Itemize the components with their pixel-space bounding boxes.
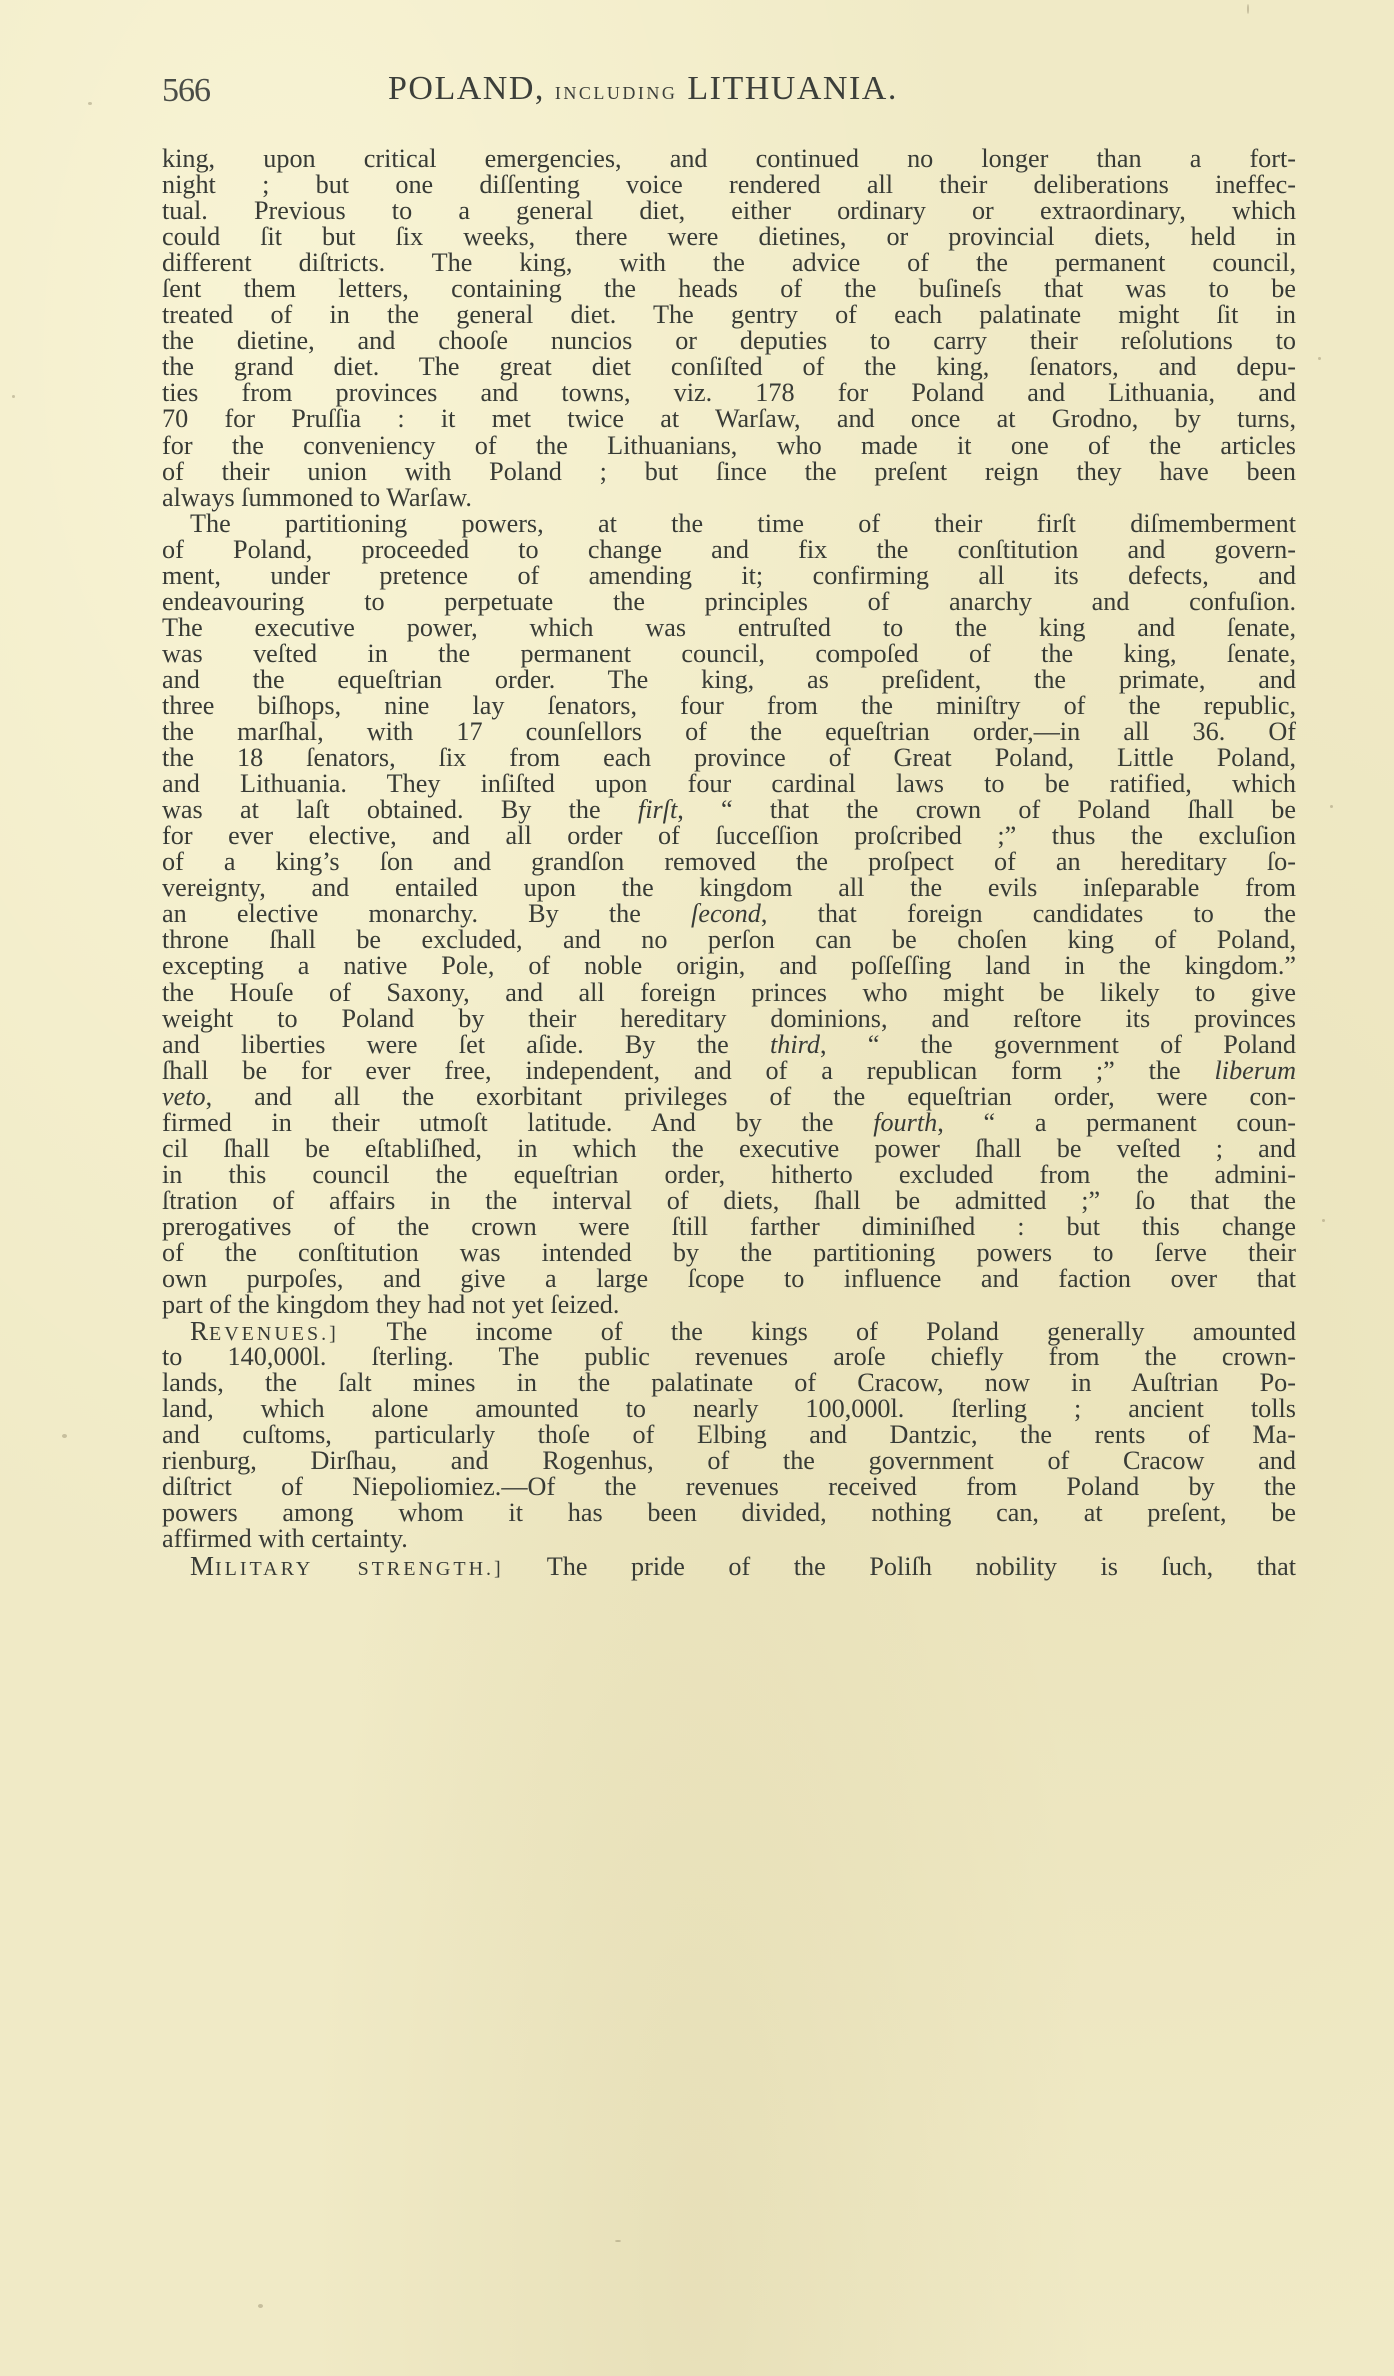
- text-line: of the conſtitution was intended by the …: [162, 1240, 1296, 1266]
- italic-first: firſt: [638, 795, 677, 824]
- text-line: Revenues.] The income of the kings of Po…: [162, 1318, 1296, 1344]
- title-lithuania: LITHUANIA.: [687, 70, 897, 107]
- body-text: king, upon critical emergencies, and con…: [162, 146, 1296, 1579]
- text-line: was veſted in the permanent council, com…: [162, 641, 1296, 667]
- text-line: for ever elective, and all order of ſucc…: [162, 823, 1296, 849]
- text-line: night ; but one diſſenting voice rendere…: [162, 172, 1296, 198]
- text-run: , “ a permanent coun-: [937, 1108, 1296, 1137]
- title-poland: POLAND,: [388, 70, 545, 107]
- text-line: for the conveniency of the Lithuanians, …: [162, 433, 1296, 459]
- text-line: rienburg, Dirſhau, and Rogenhus, of the …: [162, 1448, 1296, 1474]
- section-military-strength: Military strength.] The pride of the Pol…: [162, 1553, 1296, 1579]
- text-line: tual. Previous to a general diet, either…: [162, 198, 1296, 224]
- text-line: vereignty, and entailed upon the kingdom…: [162, 875, 1296, 901]
- paragraph-diets: king, upon critical emergencies, and con…: [162, 146, 1296, 511]
- text-line: and liberties were ſet aſide. By the thi…: [162, 1032, 1296, 1058]
- text-line: the Houſe of Saxony, and all foreign pri…: [162, 980, 1296, 1006]
- text-line: of a king’s ſon and grandſon removed the…: [162, 849, 1296, 875]
- text-line: ſtration of affairs in the interval of d…: [162, 1188, 1296, 1214]
- text-line: own purpoſes, and give a large ſcope to …: [162, 1266, 1296, 1292]
- text-line: weight to Poland by their hereditary dom…: [162, 1006, 1296, 1032]
- italic-liberum: liberum: [1215, 1056, 1296, 1085]
- text-line: ties from provinces and towns, viz. 178 …: [162, 380, 1296, 406]
- text-line: powers among whom it has been divided, n…: [162, 1500, 1296, 1526]
- section-revenues: Revenues.] The income of the kings of Po…: [162, 1318, 1296, 1552]
- text-run: was at laſt obtained. By the: [162, 795, 638, 824]
- text-line: The executive power, which was entruſted…: [162, 615, 1296, 641]
- text-line: The partitioning powers, at the time of …: [162, 511, 1296, 537]
- text-line: throne ſhall be excluded, and no perſon …: [162, 927, 1296, 953]
- text-line: part of the kingdom they had not yet ſei…: [162, 1292, 1296, 1318]
- section-heading-military: Military strength.]: [190, 1558, 504, 1580]
- text-run: , and all the exorbitant privileges of t…: [206, 1082, 1296, 1111]
- text-run: , “ the government of Poland: [820, 1030, 1296, 1059]
- text-line: of Poland, proceeded to change and fix t…: [162, 537, 1296, 563]
- text-run: The pride of the Poliſh nobility is ſuch…: [504, 1552, 1296, 1581]
- text-line: and the equeſtrian order. The king, as p…: [162, 667, 1296, 693]
- text-line: three biſhops, nine lay ſenators, four f…: [162, 693, 1296, 719]
- text-line: in this council the equeſtrian order, hi…: [162, 1162, 1296, 1188]
- text-line: endeavouring to perpetuate the principle…: [162, 589, 1296, 615]
- text-line: ſhall be for ever free, independent, and…: [162, 1058, 1296, 1084]
- text-run: an elective monarchy. By the: [162, 899, 691, 928]
- text-run: firmed in their utmoſt latitude. And by …: [162, 1108, 873, 1137]
- text-line: excepting a native Pole, of noble origin…: [162, 953, 1296, 979]
- text-line: treated of in the general diet. The gent…: [162, 302, 1296, 328]
- text-line: was at laſt obtained. By the firſt, “ th…: [162, 797, 1296, 823]
- text-line: an elective monarchy. By the ſecond, tha…: [162, 901, 1296, 927]
- text-run: , “ that the crown of Poland ſhall be: [677, 795, 1296, 824]
- text-line: cil ſhall be eſtabliſhed, in which the e…: [162, 1136, 1296, 1162]
- italic-veto: veto: [162, 1082, 206, 1111]
- text-line: ſent them letters, containing the heads …: [162, 276, 1296, 302]
- text-line: the dietine, and chooſe nuncios or deput…: [162, 328, 1296, 354]
- text-line: diſtrict of Niepoliomiez.—Of the revenue…: [162, 1474, 1296, 1500]
- heading-initial: M: [190, 1551, 215, 1581]
- text-line: the grand diet. The great diet conſiſted…: [162, 354, 1296, 380]
- title-including: including: [555, 83, 677, 103]
- text-line: prerogatives of the crown were ſtill far…: [162, 1214, 1296, 1240]
- text-line: land, which alone amounted to nearly 100…: [162, 1396, 1296, 1422]
- running-title: POLAND, including LITHUANIA.: [388, 70, 898, 108]
- text-line: 70 for Pruſſia : it met twice at Warſaw,…: [162, 406, 1296, 432]
- text-line: different diſtricts. The king, with the …: [162, 250, 1296, 276]
- text-line: firmed in their utmoſt latitude. And by …: [162, 1110, 1296, 1136]
- heading-rest: ilitary strength.]: [215, 1558, 504, 1580]
- paragraph-partition: The partitioning powers, at the time of …: [162, 511, 1296, 1318]
- text-line: ment, under pretence of amending it; con…: [162, 563, 1296, 589]
- text-line: could ſit but ſix weeks, there were diet…: [162, 224, 1296, 250]
- text-line: and cuſtoms, particularly thoſe of Elbin…: [162, 1422, 1296, 1448]
- text-line: the marſhal, with 17 counſellors of the …: [162, 719, 1296, 745]
- italic-third: third: [770, 1030, 820, 1059]
- text-line: veto, and all the exorbitant privileges …: [162, 1084, 1296, 1110]
- text-line: affirmed with certainty.: [162, 1526, 1296, 1552]
- text-run: , that foreign candidates to the: [761, 899, 1296, 928]
- text-line: always ſummoned to Warſaw.: [162, 485, 1296, 511]
- text-run: and liberties were ſet aſide. By the: [162, 1030, 770, 1059]
- page-number: 566: [162, 72, 210, 110]
- text-line: lands, the ſalt mines in the palatinate …: [162, 1370, 1296, 1396]
- text-line: and Lithuania. They inſiſted upon four c…: [162, 771, 1296, 797]
- running-header: 566 POLAND, including LITHUANIA.: [162, 66, 1296, 116]
- italic-fourth: fourth: [873, 1108, 937, 1137]
- text-line: king, upon critical emergencies, and con…: [162, 146, 1296, 172]
- text-line: of their union with Poland ; but ſince t…: [162, 459, 1296, 485]
- text-line: Military strength.] The pride of the Pol…: [162, 1553, 1296, 1579]
- text-line: the 18 ſenators, ſix from each province …: [162, 745, 1296, 771]
- italic-second: ſecond: [691, 899, 761, 928]
- text-line: to 140,000l. ſterling. The public revenu…: [162, 1344, 1296, 1370]
- text-run: ſhall be for ever free, independent, and…: [162, 1056, 1215, 1085]
